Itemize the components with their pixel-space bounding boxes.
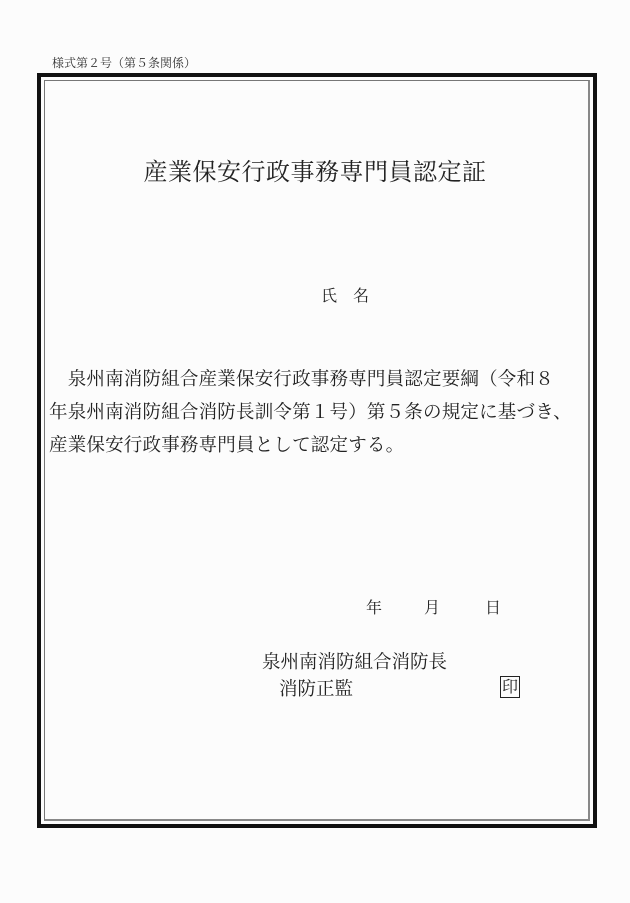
name-label: 氏 名 [321, 283, 369, 306]
date-day-label: 日 [485, 595, 501, 618]
issuer-organization: 泉州南消防組合消防長 [262, 648, 447, 674]
date-month-label: 月 [424, 595, 440, 618]
certificate-body: 泉州南消防組合産業保安行政事務専門員認定要綱（令和８年泉州南消防組合消防長訓令第… [49, 363, 609, 462]
seal-mark: 印 [500, 676, 520, 698]
body-line: 年泉州南消防組合消防長訓令第１号）第５条の規定に基づき、 [49, 396, 609, 429]
body-line: 泉州南消防組合産業保安行政事務専門員認定要綱（令和８ [49, 363, 609, 396]
body-line: 産業保安行政事務専門員として認定する。 [49, 429, 609, 462]
issuer-rank: 消防正監 [279, 675, 353, 701]
form-number: 様式第２号（第５条関係） [52, 54, 196, 71]
date-year-label: 年 [366, 595, 382, 618]
certificate-title: 産業保安行政事務専門員認定証 [0, 152, 630, 187]
